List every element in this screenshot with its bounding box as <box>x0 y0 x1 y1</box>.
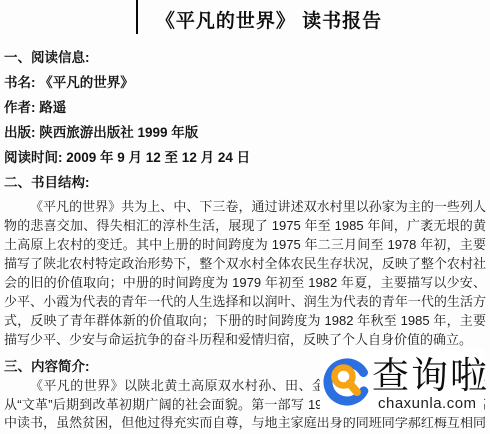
watermark-brand-text: 查询啦 <box>372 345 489 399</box>
meta-publisher: 出版: 陕西旅游出版社 1999 年版 <box>4 121 486 141</box>
watermark-domain-text: chaxunla.com <box>378 395 477 412</box>
meta-author: 作者: 路遥 <box>4 96 486 116</box>
watermark: 查询啦 chaxunla.com <box>320 349 484 417</box>
report-page: 《平凡的世界》 读书报告 一、阅读信息: 书名: 《平凡的世界》 作者: 路遥 … <box>0 0 490 434</box>
meta-book-title: 书名: 《平凡的世界》 <box>4 71 486 91</box>
page-title: 《平凡的世界》 读书报告 <box>0 6 490 33</box>
meta-reading-time: 阅读时间: 2009 年 9 月 12 至 12 月 24 日 <box>4 146 486 166</box>
section-2-heading: 二、书目结构: <box>4 171 486 191</box>
section-1-heading: 一、阅读信息: <box>4 46 486 66</box>
search-magnifier-icon <box>321 355 373 407</box>
structure-paragraph: 《平凡的世界》共为上、中、下三卷，通过讲述双水村里以孙家为主的一些列人物的悲喜交… <box>4 197 486 352</box>
